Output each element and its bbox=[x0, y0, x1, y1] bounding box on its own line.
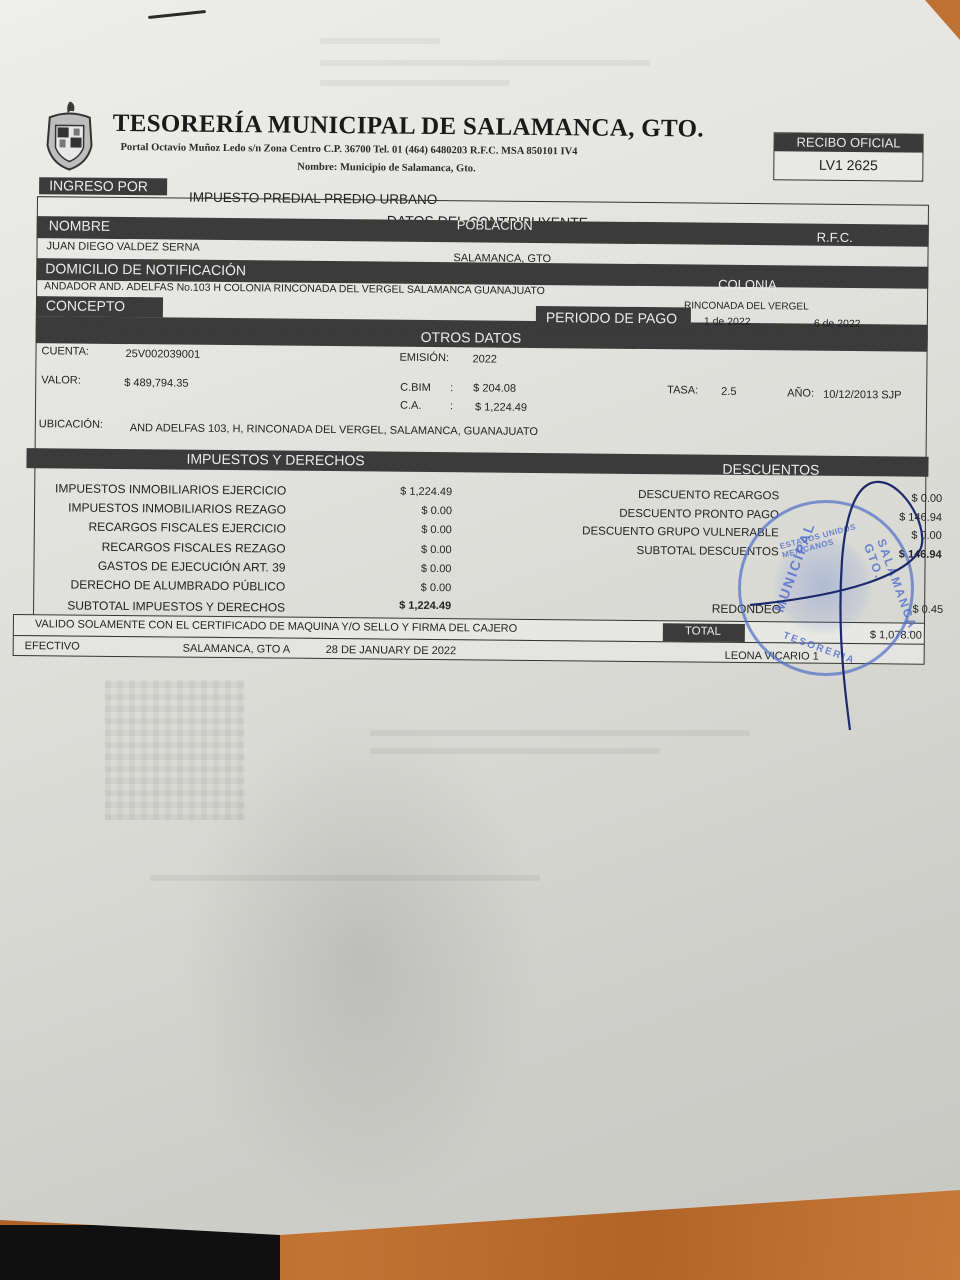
impuesto-row-label: IMPUESTOS INMOBILIARIOS REZAGO bbox=[34, 500, 286, 516]
valor-label: VALOR: bbox=[41, 374, 81, 386]
show-through-text bbox=[320, 38, 440, 44]
anio-value: 10/12/2013 SJP bbox=[823, 389, 901, 402]
total-label-bar: TOTAL bbox=[663, 623, 745, 643]
descuento-row-value: $ 0.00 bbox=[854, 529, 942, 542]
ubicacion-label: UBICACIÓN: bbox=[39, 418, 103, 431]
concepto-label: CONCEPTO bbox=[46, 297, 125, 314]
periodo-desde: 1 de 2022 bbox=[704, 316, 751, 328]
show-through-text bbox=[370, 748, 660, 754]
impuesto-row-label: RECARGOS FISCALES EJERCICIO bbox=[34, 520, 286, 536]
emision-label: EMISIÓN: bbox=[399, 352, 449, 364]
descuentos-title: DESCUENTOS bbox=[722, 461, 819, 478]
redondeo-label: REDONDEO bbox=[673, 601, 781, 616]
periodo-hasta: 6 de 2022 bbox=[814, 318, 861, 330]
redondeo-value: $ 0.45 bbox=[863, 603, 943, 616]
anio-label: AÑO: bbox=[787, 387, 814, 399]
cbim-separator: : bbox=[450, 382, 453, 394]
impuesto-row-label: RECARGOS FISCALES REZAGO bbox=[34, 539, 286, 555]
rfc-label: R.F.C. bbox=[817, 230, 853, 245]
descuento-row-label: DESCUENTO RECARGOS bbox=[554, 488, 779, 502]
receipt-folio: LV1 2625 bbox=[774, 151, 922, 178]
lugar: SALAMANCA, GTO A bbox=[183, 643, 291, 656]
descuento-row-label: DESCUENTO PRONTO PAGO bbox=[554, 507, 779, 521]
issuer-address: Portal Octavio Muñoz Ledo s/n Zona Centr… bbox=[120, 142, 577, 157]
domicilio-label: DOMICILIO DE NOTIFICACIÓN bbox=[45, 260, 246, 278]
nombre-label: NOMBRE bbox=[49, 217, 111, 234]
show-through-text bbox=[150, 875, 540, 881]
show-through-text bbox=[320, 60, 650, 66]
emision-value: 2022 bbox=[472, 353, 497, 365]
descuento-row-label: SUBTOTAL DESCUENTOS bbox=[554, 544, 779, 558]
ca-separator: : bbox=[450, 400, 453, 412]
valor-value: $ 489,794.35 bbox=[124, 377, 188, 390]
dark-surface bbox=[0, 1225, 280, 1280]
impuesto-row-label: SUBTOTAL IMPUESTOS Y DERECHOS bbox=[33, 598, 285, 614]
cuenta-value: 25V002039001 bbox=[125, 348, 200, 361]
ca-label: C.A. bbox=[400, 400, 422, 412]
show-through-text bbox=[370, 730, 750, 736]
impuesto-row-value: $ 0.00 bbox=[343, 581, 451, 594]
descuento-row-value: $ 146.94 bbox=[854, 511, 942, 524]
ca-value: $ 1,224.49 bbox=[475, 401, 527, 413]
show-through-qr-code bbox=[105, 680, 245, 820]
cajero: LEONA VICARIO 1 bbox=[725, 650, 819, 663]
contribuyente-colonia: RINCONADA DEL VERGEL bbox=[684, 300, 809, 312]
impuesto-row-label: DERECHO DE ALUMBRADO PÚBLICO bbox=[33, 577, 285, 593]
periodo-label: PERIODO DE PAGO bbox=[546, 309, 677, 326]
issuer-title: TESORERÍA MUNICIPAL DE SALAMANCA, GTO. bbox=[113, 110, 704, 144]
poblacion-label: POBLACIÓN bbox=[457, 217, 533, 233]
cuenta-label: CUENTA: bbox=[41, 345, 89, 357]
forma-pago: EFECTIVO bbox=[25, 640, 80, 653]
tasa-value: 2.5 bbox=[721, 386, 736, 398]
impuesto-row-value: $ 1,224.49 bbox=[344, 485, 452, 498]
ingreso-label-bar: INGRESO POR bbox=[39, 177, 167, 195]
ingreso-label: INGRESO POR bbox=[49, 177, 148, 194]
impuesto-row-value: $ 1,224.49 bbox=[343, 599, 451, 612]
official-receipt-box: RECIBO OFICIAL LV1 2625 bbox=[773, 132, 923, 181]
receipt: TESORERÍA MUNICIPAL DE SALAMANCA, GTO. P… bbox=[12, 95, 938, 684]
coat-of-arms-icon bbox=[39, 99, 100, 174]
descuento-row-value: $ 0.00 bbox=[854, 492, 942, 505]
impuesto-row-value: $ 0.00 bbox=[344, 524, 452, 537]
cbim-value: $ 204.08 bbox=[473, 382, 516, 394]
issuer-name: Nombre: Municipio de Salamanca, Gto. bbox=[297, 162, 475, 175]
tasa-label: TASA: bbox=[667, 384, 698, 396]
impuesto-row-value: $ 0.00 bbox=[344, 504, 452, 517]
impuesto-row-label: IMPUESTOS INMOBILIARIOS EJERCICIO bbox=[34, 481, 286, 497]
total-value: $ 1,078.00 bbox=[870, 629, 922, 641]
receipt-label: RECIBO OFICIAL bbox=[774, 133, 922, 152]
impuesto-row-value: $ 0.00 bbox=[344, 543, 452, 556]
impuestos-title: IMPUESTOS Y DERECHOS bbox=[186, 451, 364, 469]
colonia-label: COLONIA bbox=[718, 277, 777, 293]
impuesto-row-value: $ 0.00 bbox=[343, 562, 451, 575]
descuento-row-value: $ 146.94 bbox=[854, 548, 942, 561]
otros-datos-title: OTROS DATOS bbox=[421, 329, 522, 346]
concepto-label-bar: CONCEPTO bbox=[36, 296, 163, 317]
contribuyente-nombre: JUAN DIEGO VALDEZ SERNA bbox=[46, 240, 199, 253]
descuento-row-label: DESCUENTO GRUPO VULNERABLE bbox=[554, 525, 779, 539]
periodo-label-bar: PERIODO DE PAGO bbox=[536, 306, 691, 329]
fecha-pago: 28 DE JANUARY DE 2022 bbox=[326, 644, 457, 657]
impuesto-row-label: GASTOS DE EJECUCIÓN ART. 39 bbox=[33, 558, 285, 574]
show-through-text bbox=[320, 80, 510, 86]
total-label: TOTAL bbox=[685, 625, 721, 637]
cbim-label: C.BIM bbox=[400, 382, 431, 394]
